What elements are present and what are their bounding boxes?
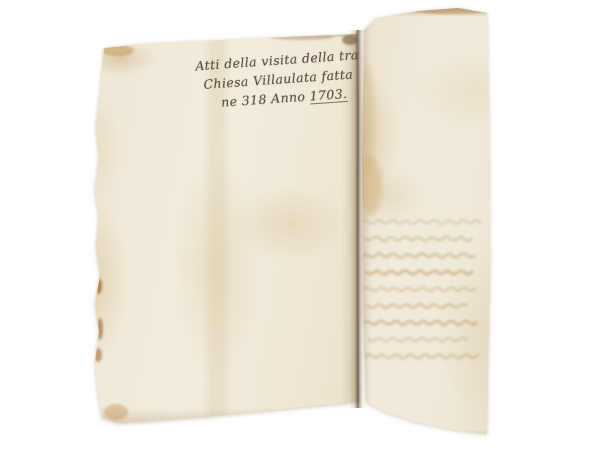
stain <box>94 348 102 362</box>
left-page: Atti della visita della tra Chiesa Villa… <box>92 32 360 424</box>
photo-of-manuscript: Atti della visita della tra Chiesa Villa… <box>0 0 600 450</box>
stain <box>102 45 134 56</box>
right-page <box>356 6 492 440</box>
stain <box>104 404 128 420</box>
stain <box>95 278 102 294</box>
inscription-year: 1703. <box>309 86 348 105</box>
left-page-wrapper: Atti della visita della tra Chiesa Villa… <box>92 32 360 424</box>
right-page-wrapper <box>356 6 492 440</box>
inscription-line-3-text: ne 318 Anno <box>221 89 311 110</box>
book-gutter <box>349 30 367 408</box>
stain <box>97 318 103 340</box>
stain <box>270 34 334 40</box>
handwritten-inscription: Atti della visita della tra Chiesa Villa… <box>188 45 362 114</box>
bleedthrough-handwriting <box>356 6 492 440</box>
